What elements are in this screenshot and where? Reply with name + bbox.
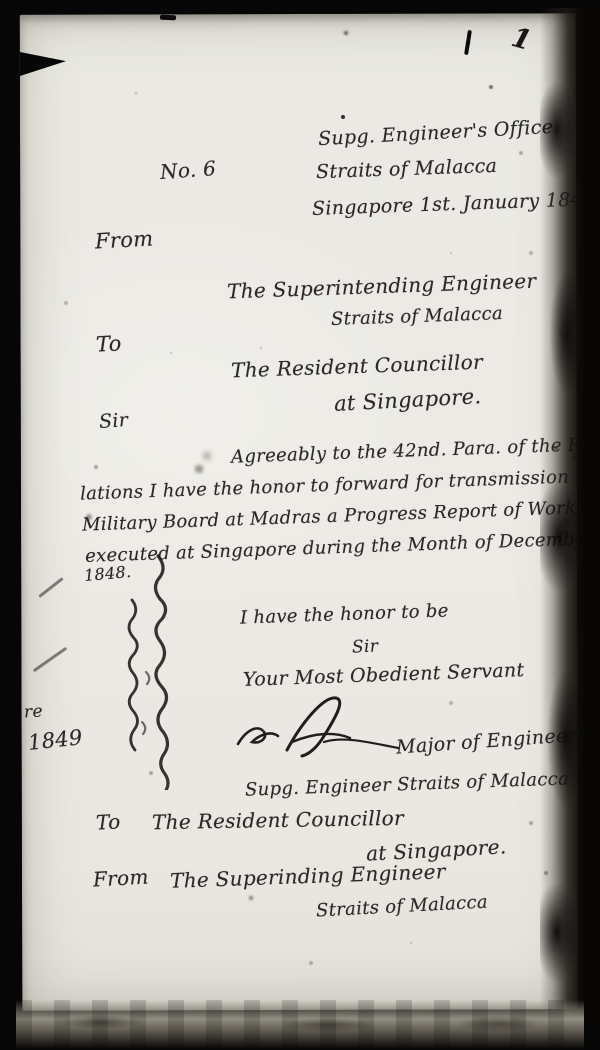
scanned-letter-photo: 1 Supg. Engineer's Office No. 6 Straits … [0, 0, 600, 1050]
closing-line-2: Sir [351, 636, 378, 657]
footer-to-label: To [95, 809, 121, 834]
from-label: From [94, 226, 154, 253]
footer-to-value: The Resident Councillor [152, 806, 404, 834]
salutation: Sir [98, 409, 129, 433]
to-label: To [95, 331, 122, 356]
footer-from-label: From [92, 865, 149, 892]
margin-fragment-re: re [23, 702, 43, 723]
header-letter-number: No. 6 [159, 156, 217, 184]
ink-mark [160, 15, 176, 21]
paper-foxing-speckles [0, 0, 2, 2]
